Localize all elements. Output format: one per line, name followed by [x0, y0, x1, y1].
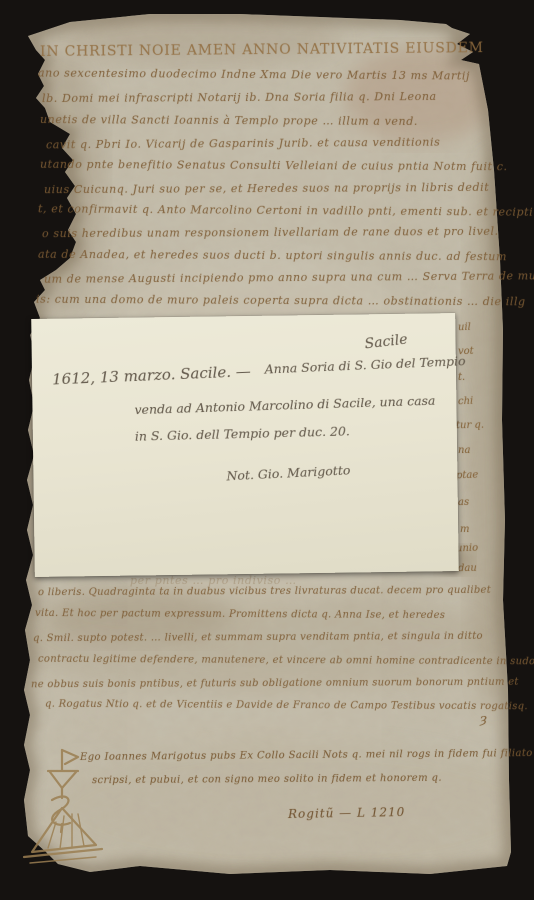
manuscript-line: unetis de villa Sancti Ioannis à Templo … — [40, 113, 418, 128]
manuscript-line: cavit q. Pbri Io. Vicarij de Gasparinis … — [46, 136, 440, 152]
margin-fragment: as — [458, 497, 469, 508]
note-date-line: 1612, 13 marzo. Sacile. —Anna Soria di S… — [52, 353, 466, 388]
manuscript-line: q. Smil. supto potest. … livelli, et sum… — [33, 631, 483, 644]
margin-fragment: t. — [458, 372, 465, 383]
manuscript-line: is: cum una domo de muro paleis coperta … — [36, 293, 526, 309]
manuscript-line: ata de Anadea, et heredes suos ducti b. … — [38, 248, 507, 263]
margin-fragment: m — [460, 524, 469, 535]
registration-line: Rogitũ — L 1210 — [288, 805, 406, 821]
manuscript-line: uius Cuicunq. Juri suo per se, et Herede… — [44, 181, 489, 196]
note-line: in S. Gio. dell Tempio per duc. 20. — [135, 423, 350, 443]
margin-fragment: ptae — [456, 470, 479, 482]
margin-fragment: tur q. — [456, 420, 484, 431]
margin-fragment: chi — [458, 396, 474, 408]
manuscript-line: lb. Domi mei infrascripti Notarij ib. Dn… — [42, 90, 437, 105]
photo-page: IN CHRISTI NOIE AMEN ANNO NATIVITATIS EI… — [0, 0, 534, 900]
note-signature: Not. Gio. Marigotto — [226, 462, 351, 483]
manuscript-line: vita. Et hoc per pactum expressum. Promi… — [35, 608, 445, 621]
line-flourish: ȝ — [480, 712, 487, 727]
manuscript-line: utando pnte benefitio Senatus Consulti V… — [40, 158, 508, 173]
note-corner-label: Sacile — [364, 332, 409, 353]
margin-fragment: uil — [458, 322, 471, 333]
archivist-note: Sacile 1612, 13 marzo. Sacile. —Anna Sor… — [31, 313, 459, 577]
margin-fragment: dau — [458, 563, 477, 574]
manuscript-line: o suis heredibus unam responsionem livel… — [42, 225, 499, 240]
margin-fragment: na — [458, 445, 470, 456]
note-line: venda ad Antonio Marcolino di Sacile, un… — [134, 393, 435, 417]
margin-fragment: unio — [456, 543, 478, 555]
note-date-text: 1612, 13 marzo. Sacile. — — [52, 362, 251, 388]
note-date-continuation: Anna Soria di S. Gio del Tempio — [264, 353, 466, 376]
